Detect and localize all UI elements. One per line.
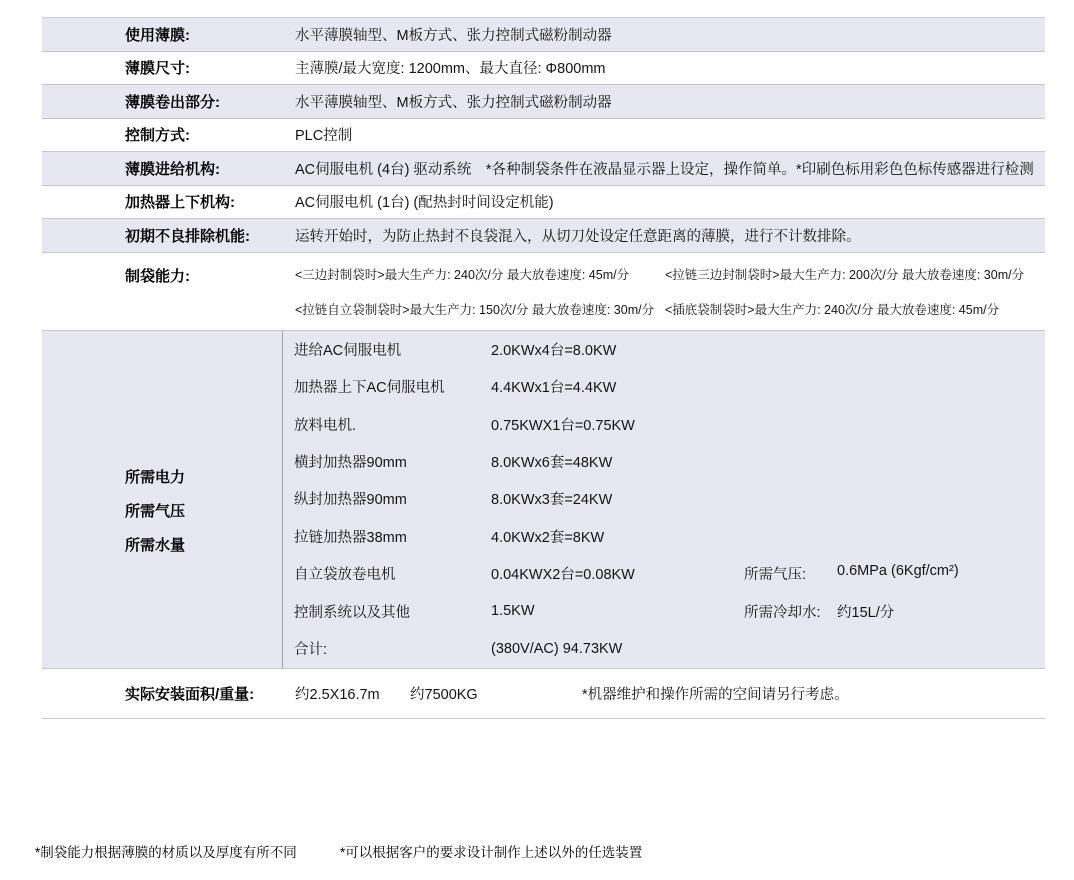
row-label: 控制方式: [42,124,295,145]
air-pressure-value: 0.6MPa (6Kgf/cm²) [837,563,959,584]
power-item: 控制系统以及其他 1.5KW 所需冷却水: 约15L/分 [294,592,1045,629]
row-label: 薄膜卷出部分: [42,91,295,112]
power-item: 纵封加热器90mm 8.0KWx3套=24KW [294,480,1045,517]
footnote-options: *可以根据客户的要求设计制作上述以外的任选装置 [340,841,642,861]
side-label-water: 所需水量 [125,534,282,555]
spec-row-film-used: 使用薄膜: 水平薄膜轴型、M板方式、张力控制式磁粉制动器 [42,18,1045,52]
spec-row-heater-updown: 加热器上下机构: AC伺服电机 (1台) (配热封时间设定机能) [42,186,1045,220]
spec-row-utilities: 所需电力 所需气压 所需水量 进给AC伺服电机 2.0KWx4台=8.0KW 加… [42,331,1045,669]
cooling-water-value: 约15L/分 [837,601,894,622]
power-total-value: (380V/AC) 94.73KW [491,641,744,657]
row-value: 水平薄膜轴型、M板方式、张力控制式磁粉制动器 [295,24,1045,45]
row-value: 水平薄膜轴型、M板方式、张力控制式磁粉制动器 [295,91,1045,112]
row-value: AC伺服电机 (4台) 驱动系统 *各种制袋条件在液晶显示器上设定，操作简单。*… [295,158,1045,179]
spec-row-film-size: 薄膜尺寸: 主薄膜/最大宽度: 1200mm、最大直径: Φ800mm [42,52,1045,86]
row-value: 运转开始时，为防止热封不良袋混入，从切刀处设定任意距离的薄膜，进行不计数排除。 [295,225,1045,246]
power-item-name: 拉链加热器38mm [294,526,491,547]
power-item-name: 横封加热器90mm [294,451,491,472]
spec-row-film-unwind: 薄膜卷出部分: 水平薄膜轴型、M板方式、张力控制式磁粉制动器 [42,85,1045,119]
capacity-line: <三边封制袋时>最大生产力: 240次/分 最大放卷速度: 45m/分 <拉链三… [295,265,1045,283]
power-item-value: 1.5KW [491,603,744,619]
capacity-line: <拉链自立袋制袋时>最大生产力: 150次/分 最大放卷速度: 30m/分 <插… [295,300,1045,318]
spec-row-installation: 实际安装面积/重量: 约2.5X16.7m 约7500KG *机器维护和操作所需… [42,669,1045,719]
power-items: 进给AC伺服电机 2.0KWx4台=8.0KW 加热器上下AC伺服电机 4.4K… [283,331,1045,668]
row-value: 主薄膜/最大宽度: 1200mm、最大直径: Φ800mm [295,57,1045,78]
footnotes: *制袋能力根据薄膜的材质以及厚度有所不同 *可以根据客户的要求设计制作上述以外的… [0,841,1074,861]
row-label: 使用薄膜: [42,24,295,45]
power-item-name: 纵封加热器90mm [294,488,491,509]
power-item: 横封加热器90mm 8.0KWx6套=48KW [294,443,1045,480]
row-label: 薄膜尺寸: [42,57,295,78]
row-label: 初期不良排除机能: [42,225,295,246]
capacity-entry: <插底袋制袋时>最大生产力: 240次/分 最大放卷速度: 45m/分 [665,300,999,318]
installation-note: *机器维护和操作所需的空间请另行考虑。 [582,683,849,704]
row-label: 加热器上下机构: [42,191,295,212]
air-pressure-label: 所需气压: [744,563,837,584]
power-item-value: 0.75KWX1台=0.75KW [491,414,744,435]
capacity-entry: <三边封制袋时>最大生产力: 240次/分 最大放卷速度: 45m/分 [295,265,665,283]
power-item-name: 加热器上下AC伺服电机 [294,376,491,397]
utilities-side-labels: 所需电力 所需气压 所需水量 [42,331,283,668]
spec-row-capacity: 制袋能力: <三边封制袋时>最大生产力: 240次/分 最大放卷速度: 45m/… [42,253,1045,331]
installation-weight: 约7500KG [410,683,582,704]
side-label-power: 所需电力 [125,466,282,487]
power-item-name: 自立袋放卷电机 [294,563,491,584]
power-item-value: 0.04KWX2台=0.08KW [491,563,744,584]
power-item-value: 4.0KWx2套=8KW [491,526,744,547]
power-item-value: 8.0KWx3套=24KW [491,488,744,509]
power-total-label: 合计: [294,638,491,659]
row-label: 制袋能力: [42,253,295,286]
capacity-entry: <拉链三边封制袋时>最大生产力: 200次/分 最大放卷速度: 30m/分 [665,265,1024,283]
row-label: 薄膜进给机构: [42,158,295,179]
spec-table: 使用薄膜: 水平薄膜轴型、M板方式、张力控制式磁粉制动器 薄膜尺寸: 主薄膜/最… [42,17,1045,719]
power-item: 加热器上下AC伺服电机 4.4KWx1台=4.4KW [294,368,1045,405]
power-item: 放料电机. 0.75KWX1台=0.75KW [294,406,1045,443]
power-item: 进给AC伺服电机 2.0KWx4台=8.0KW [294,331,1045,368]
spec-row-control: 控制方式: PLC控制 [42,119,1045,153]
row-value: AC伺服电机 (1台) (配热封时间设定机能) [295,191,1045,212]
cooling-water-label: 所需冷却水: [744,601,837,622]
spec-row-film-feed: 薄膜进给机构: AC伺服电机 (4台) 驱动系统 *各种制袋条件在液晶显示器上设… [42,152,1045,186]
power-item: 拉链加热器38mm 4.0KWx2套=8KW [294,518,1045,555]
installation-area: 约2.5X16.7m [295,683,410,704]
spec-row-defect-removal: 初期不良排除机能: 运转开始时，为防止热封不良袋混入，从切刀处设定任意距离的薄膜… [42,219,1045,253]
power-item-value: 8.0KWx6套=48KW [491,451,744,472]
power-item-value: 2.0KWx4台=8.0KW [491,339,744,360]
air-pressure-spec: 所需气压: 0.6MPa (6Kgf/cm²) [744,563,959,584]
power-item-name: 控制系统以及其他 [294,601,491,622]
capacity-entry: <拉链自立袋制袋时>最大生产力: 150次/分 最大放卷速度: 30m/分 [295,300,665,318]
side-label-air: 所需气压 [125,500,282,521]
power-item-name: 进给AC伺服电机 [294,339,491,360]
footnote-capacity: *制袋能力根据薄膜的材质以及厚度有所不同 [35,841,297,861]
installation-values: 约2.5X16.7m 约7500KG *机器维护和操作所需的空间请另行考虑。 [295,683,1045,704]
cooling-water-spec: 所需冷却水: 约15L/分 [744,601,894,622]
row-label: 实际安装面积/重量: [42,683,295,704]
power-item-name: 放料电机. [294,414,491,435]
power-item: 自立袋放卷电机 0.04KWX2台=0.08KW 所需气压: 0.6MPa (6… [294,555,1045,592]
capacity-entries: <三边封制袋时>最大生产力: 240次/分 最大放卷速度: 45m/分 <拉链三… [295,265,1045,318]
power-item-value: 4.4KWx1台=4.4KW [491,376,744,397]
power-item-total: 合计: (380V/AC) 94.73KW [294,630,1045,667]
row-value: PLC控制 [295,124,1045,145]
